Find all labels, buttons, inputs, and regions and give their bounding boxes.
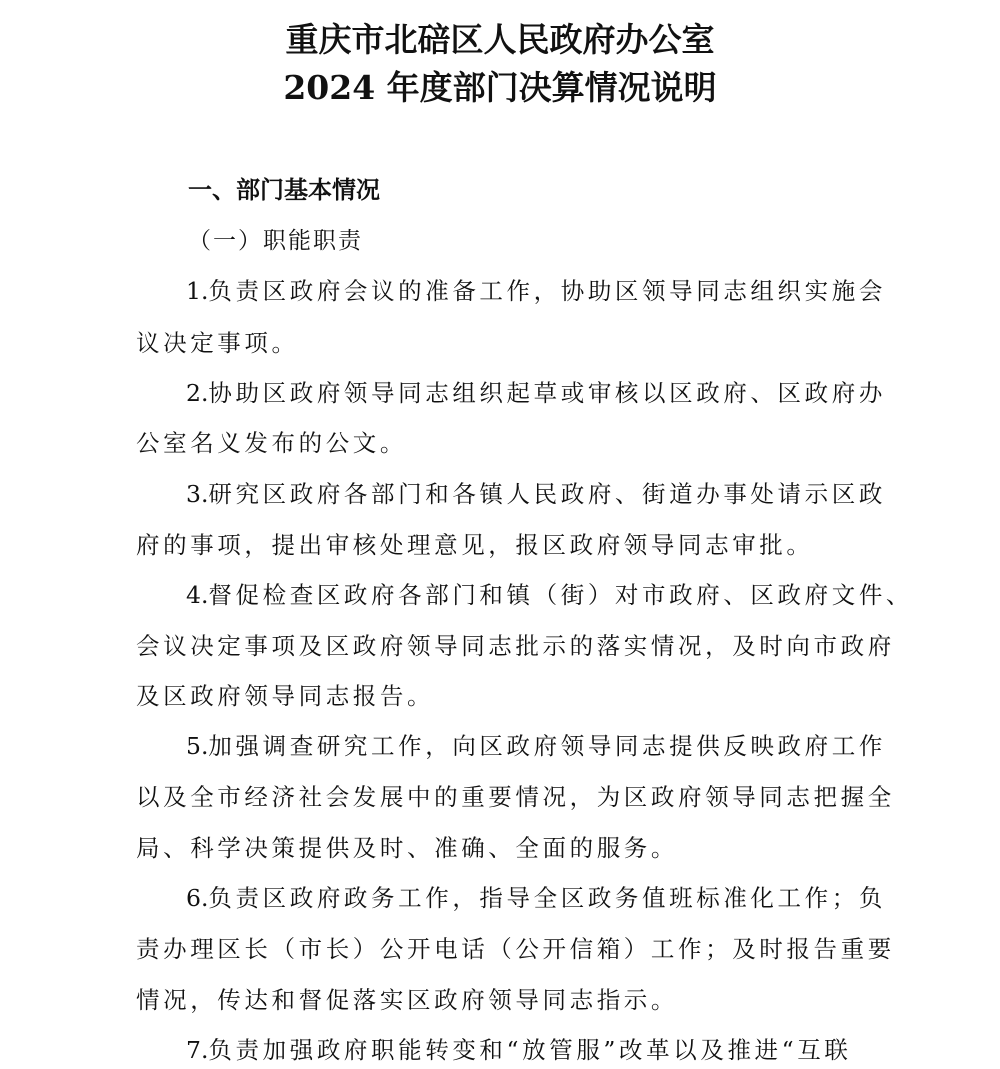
document-title-line-2: 2024 年度部门决算情况说明 <box>0 62 1000 109</box>
item-text: 负责加强政府职能转变和“放管服”改革以及推进“互联 <box>208 1036 851 1064</box>
item-5-line-3: 局、科学决策提供及时、准确、全面的服务。 <box>136 829 896 863</box>
item-text: 情况，传达和督促落实区政府领导同志指示。 <box>136 986 678 1014</box>
item-1-line-1: 1.负责区政府会议的准备工作，协助区领导同志组织实施会 <box>186 272 946 306</box>
item-6-line-1: 6.负责区政府政务工作，指导全区政务值班标准化工作；负 <box>186 879 946 913</box>
item-6-line-3: 情况，传达和督促落实区政府领导同志指示。 <box>136 981 896 1015</box>
item-number: 7. <box>186 1036 208 1064</box>
item-text: 负责区政府会议的准备工作，协助区领导同志组织实施会 <box>208 277 886 305</box>
item-2-line-2: 公室名义发布的公文。 <box>136 424 896 458</box>
item-text: 会议决定事项及区政府领导同志批示的落实情况，及时向市政府 <box>136 632 895 660</box>
item-3-line-2: 府的事项，提出审核处理意见，报区政府领导同志审批。 <box>136 526 896 560</box>
item-4-line-2: 会议决定事项及区政府领导同志批示的落实情况，及时向市政府 <box>136 627 896 661</box>
item-7-line-1: 7.负责加强政府职能转变和“放管服”改革以及推进“互联 <box>186 1031 946 1065</box>
item-text: 以及全市经济社会发展中的重要情况，为区政府领导同志把握全 <box>136 783 895 811</box>
item-2-line-1: 2.协助区政府领导同志组织起草或审核以区政府、区政府办 <box>186 374 946 408</box>
item-text: 加强调查研究工作，向区政府领导同志提供反映政府工作 <box>208 732 886 760</box>
item-4-line-1: 4.督促检查区政府各部门和镇（街）对市政府、区政府文件、 <box>186 576 946 610</box>
section-heading: 一、部门基本情况 <box>188 170 380 205</box>
item-text: 议决定事项。 <box>136 329 299 357</box>
item-number: 5. <box>186 732 208 760</box>
item-text: 公室名义发布的公文。 <box>136 429 407 457</box>
item-text: 及区政府领导同志报告。 <box>136 682 434 710</box>
item-5-line-1: 5.加强调查研究工作，向区政府领导同志提供反映政府工作 <box>186 727 946 761</box>
item-text: 府的事项，提出审核处理意见，报区政府领导同志审批。 <box>136 531 814 559</box>
item-text: 责办理区长（市长）公开电话（公开信箱）工作；及时报告重要 <box>136 935 895 963</box>
item-number: 3. <box>186 480 208 508</box>
item-text: 研究区政府各部门和各镇人民政府、街道办事处请示区政 <box>208 480 886 508</box>
item-1-line-2: 议决定事项。 <box>136 324 896 358</box>
item-text: 局、科学决策提供及时、准确、全面的服务。 <box>136 834 678 862</box>
item-5-line-2: 以及全市经济社会发展中的重要情况，为区政府领导同志把握全 <box>136 778 896 812</box>
item-number: 6. <box>186 884 208 912</box>
item-number: 2. <box>186 379 208 407</box>
item-text: 协助区政府领导同志组织起草或审核以区政府、区政府办 <box>208 379 886 407</box>
subsection-heading: （一）职能职责 <box>188 222 363 255</box>
item-text: 负责区政府政务工作，指导全区政务值班标准化工作；负 <box>208 884 886 912</box>
item-number: 1. <box>186 277 208 305</box>
item-3-line-1: 3.研究区政府各部门和各镇人民政府、街道办事处请示区政 <box>186 475 946 509</box>
item-text: 督促检查区政府各部门和镇（街）对市政府、区政府文件、 <box>208 581 913 609</box>
document-title-line-1: 重庆市北碚区人民政府办公室 <box>0 14 1000 61</box>
item-4-line-3: 及区政府领导同志报告。 <box>136 677 896 711</box>
item-6-line-2: 责办理区长（市长）公开电话（公开信箱）工作；及时报告重要 <box>136 930 896 964</box>
item-number: 4. <box>186 581 208 609</box>
